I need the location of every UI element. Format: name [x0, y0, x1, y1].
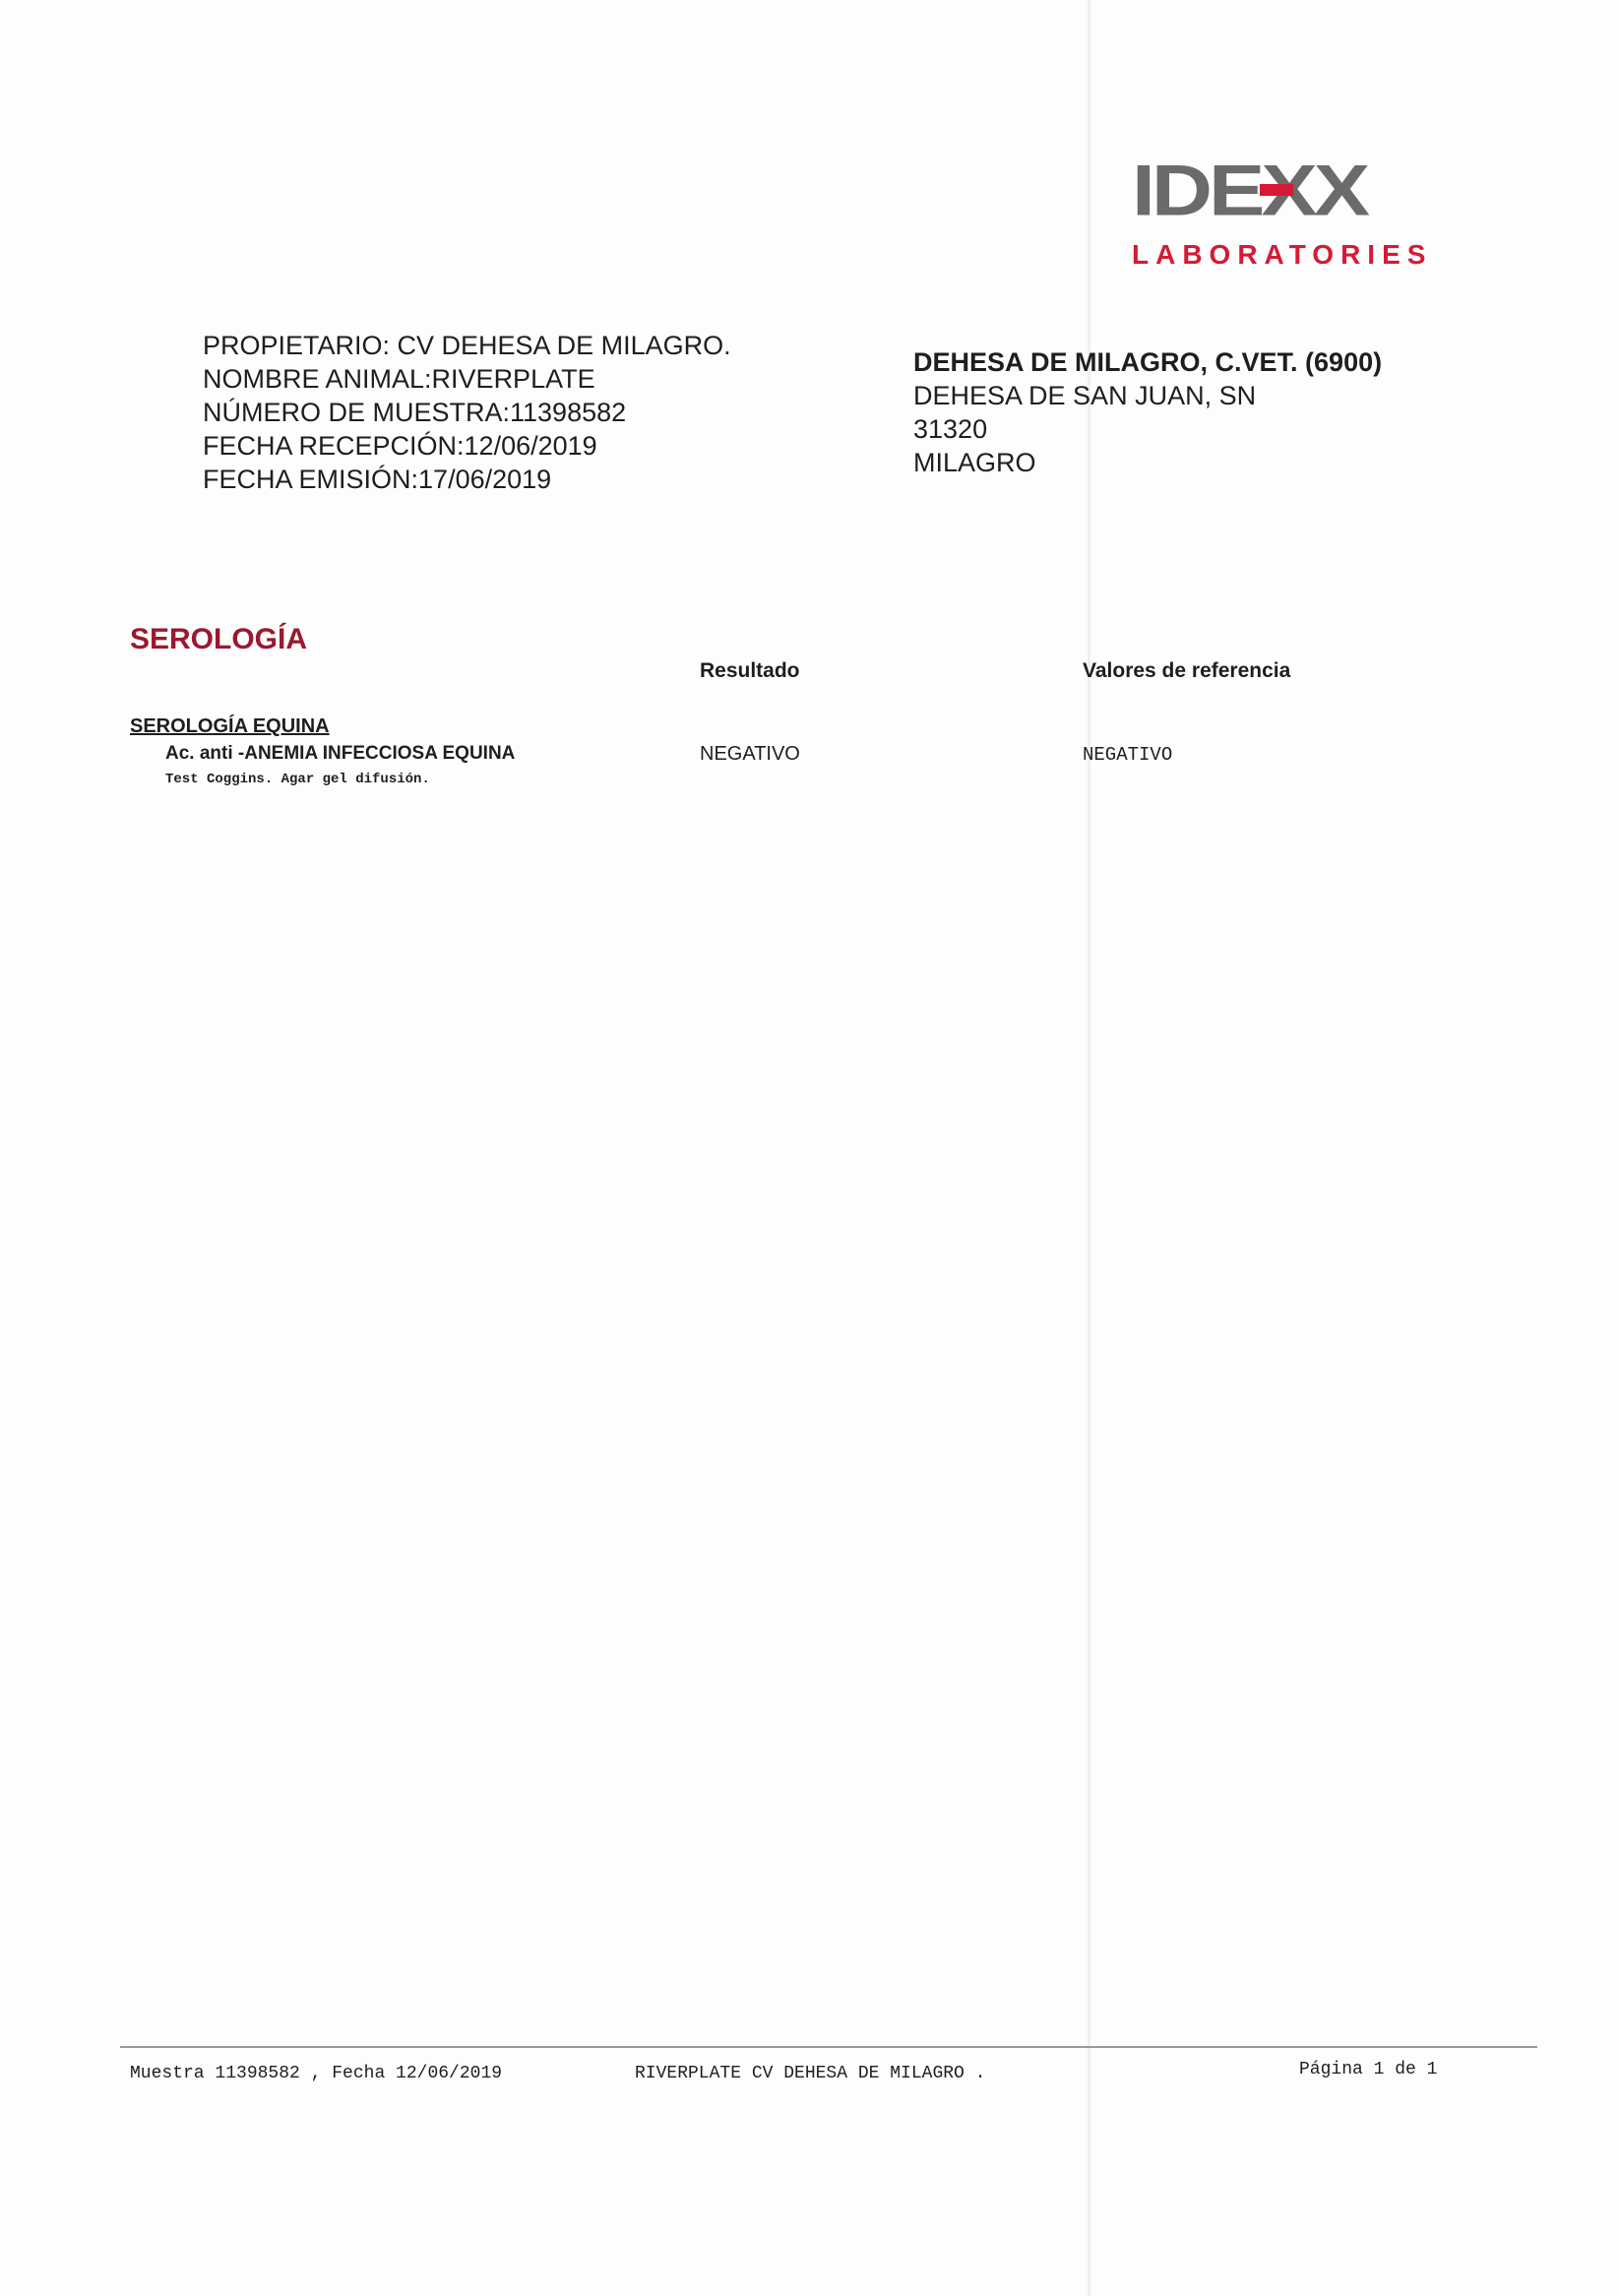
test-result: NEGATIVO: [700, 743, 800, 766]
footer-sample: Muestra 11398582 , Fecha 12/06/2019: [130, 2064, 502, 2083]
owner-name: PROPIETARIO: CV DEHESA DE MILAGRO.: [203, 329, 731, 362]
test-method: Test Coggins. Agar gel difusión.: [165, 772, 430, 787]
column-header-result: Resultado: [700, 659, 800, 683]
footer-patient: RIVERPLATE CV DEHESA DE MILAGRO .: [635, 2064, 985, 2083]
scan-artifact: [1088, 0, 1090, 2296]
idexx-logo: IDEXX LABORATORIES: [1132, 162, 1427, 271]
clinic-city: MILAGRO: [913, 446, 1382, 479]
clinic-name: DEHESA DE MILAGRO, C.VET. (6900): [913, 345, 1382, 379]
logo-brand: IDEXX: [1132, 162, 1366, 219]
footer-divider: [120, 2046, 1537, 2048]
column-header-reference: Valores de referencia: [1083, 659, 1290, 683]
section-title: SEROLOGÍA: [130, 623, 307, 656]
test-name: Ac. anti -ANEMIA INFECCIOSA EQUINA: [165, 743, 515, 765]
animal-name: NOMBRE ANIMAL:RIVERPLATE: [203, 362, 731, 396]
issue-date: FECHA EMISIÓN:17/06/2019: [203, 463, 731, 496]
clinic-postal-code: 31320: [913, 412, 1382, 446]
reception-date: FECHA RECEPCIÓN:12/06/2019: [203, 429, 731, 463]
subsection-title: SEROLOGÍA EQUINA: [130, 715, 330, 738]
clinic-street: DEHESA DE SAN JUAN, SN: [913, 379, 1382, 412]
sample-number: NÚMERO DE MUESTRA:11398582: [203, 396, 731, 429]
clinic-address-block: DEHESA DE MILAGRO, C.VET. (6900) DEHESA …: [913, 345, 1382, 479]
logo-red-bar: [1260, 184, 1293, 196]
logo-subtitle: LABORATORIES: [1132, 239, 1427, 271]
owner-info-block: PROPIETARIO: CV DEHESA DE MILAGRO. NOMBR…: [203, 329, 731, 496]
test-reference: NEGATIVO: [1083, 744, 1172, 766]
logo-mark: IDEXX: [1132, 162, 1427, 229]
footer-page-number: Página 1 de 1: [1299, 2060, 1437, 2079]
